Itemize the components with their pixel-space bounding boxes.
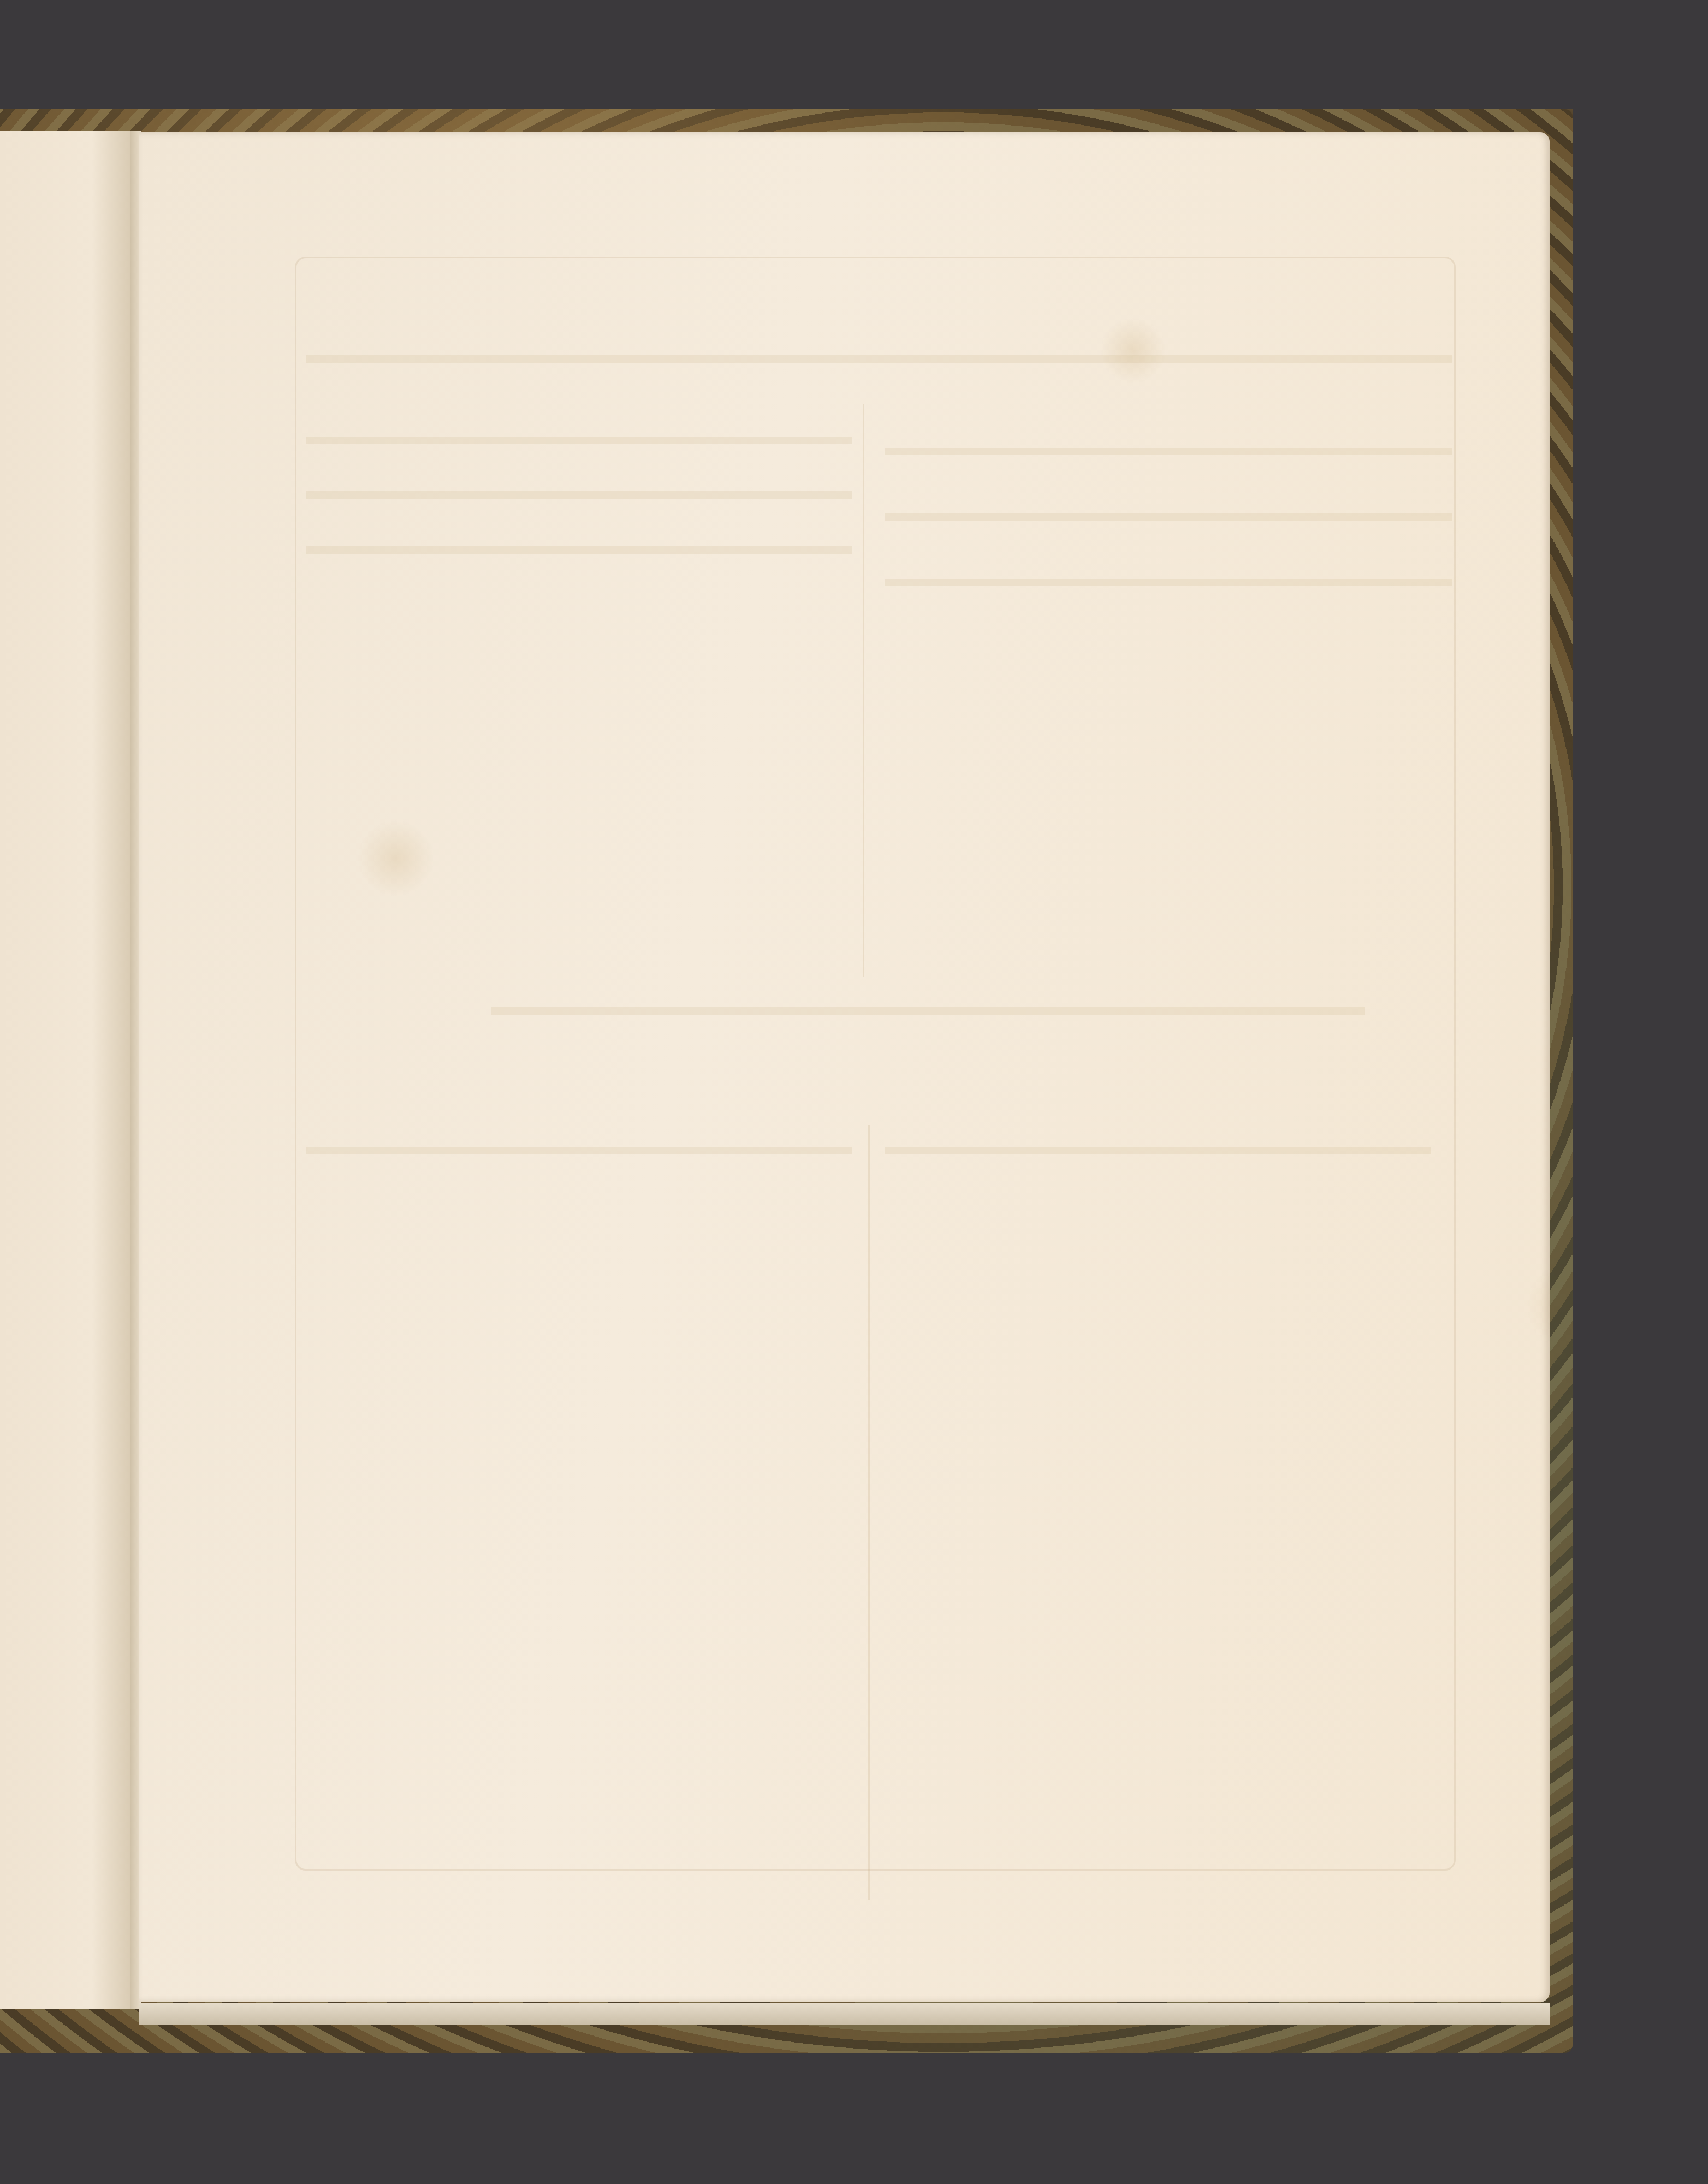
bleed-through-heading [491, 1007, 1365, 1015]
bleed-through-text-line [885, 513, 1452, 521]
bleed-through-text-line [885, 1147, 1431, 1154]
bleed-through-text-line [306, 491, 852, 499]
bleed-through-text-line [885, 448, 1452, 455]
page-text [0, 0, 1, 1]
page-stack-bottom [139, 2003, 1550, 2025]
bleed-through-text-line [306, 437, 852, 444]
left-page-edge [0, 131, 131, 2009]
bleed-through-text-line [885, 579, 1452, 586]
bleed-through-text-line [306, 546, 852, 554]
bleed-through-heading [306, 355, 1452, 363]
bleed-through-text-line [306, 1147, 852, 1154]
bleed-through-column-rule [868, 1125, 870, 1900]
bleed-through-column-rule [863, 404, 864, 977]
